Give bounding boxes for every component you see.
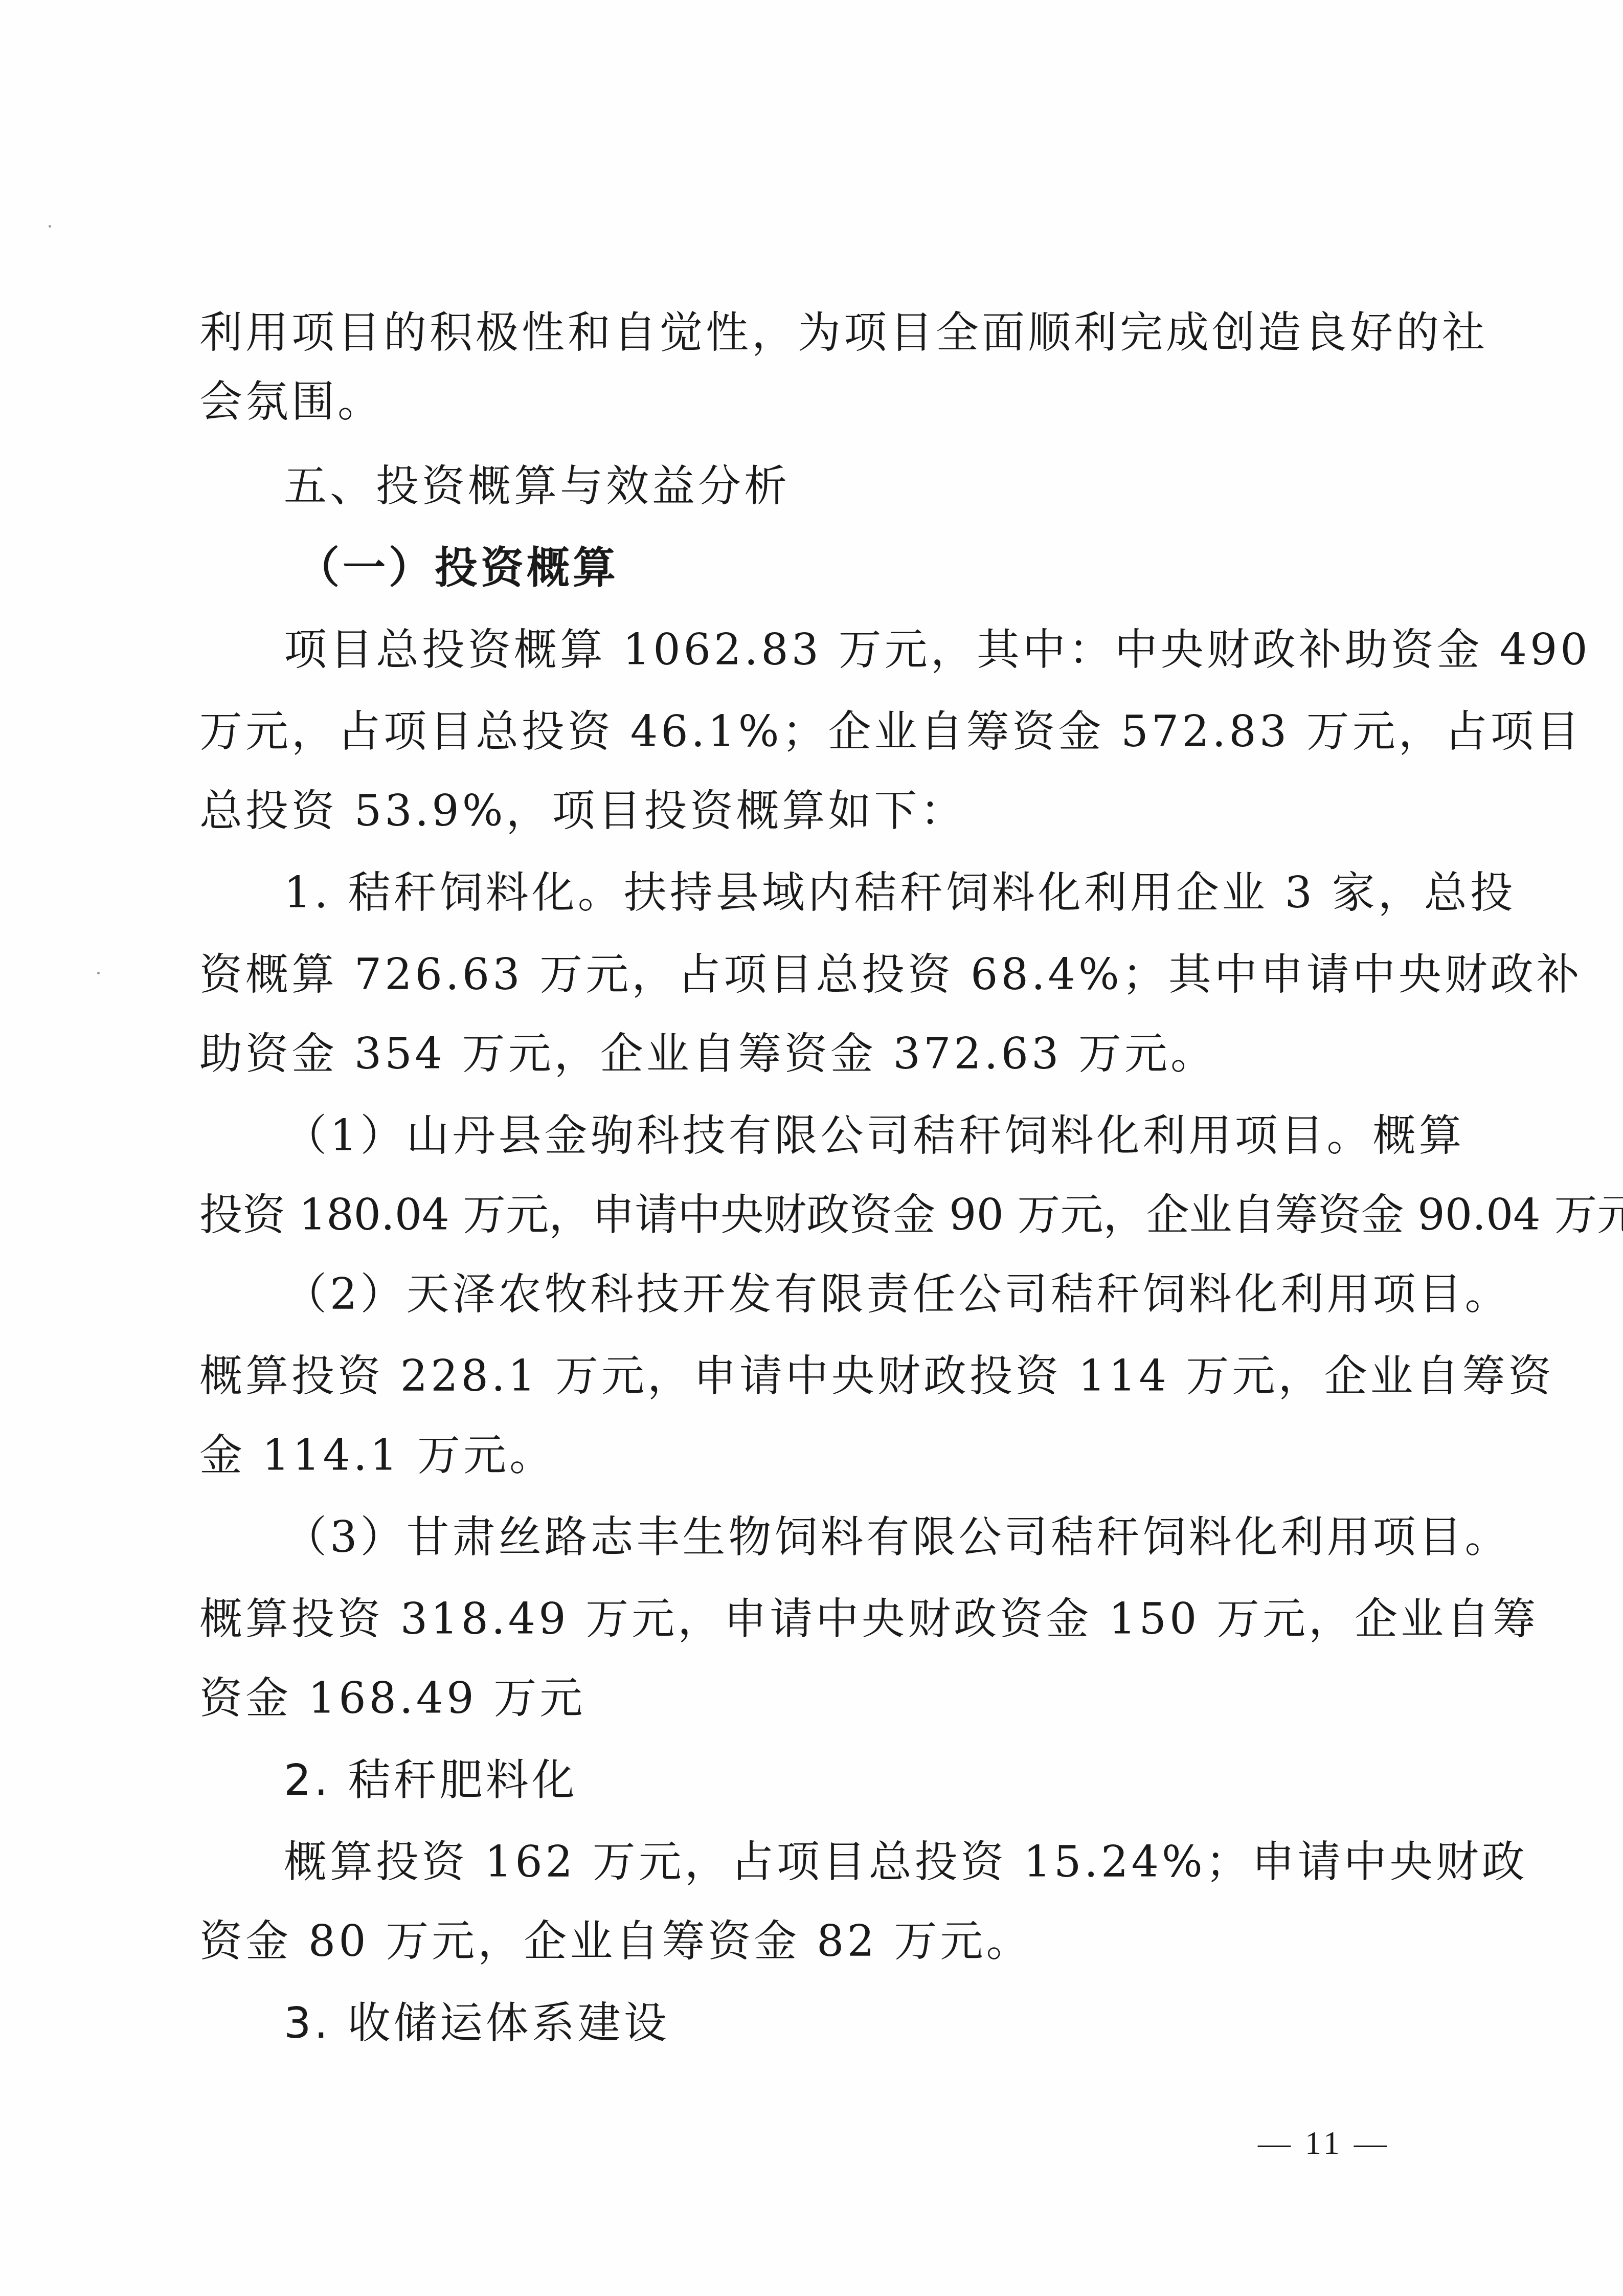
section-heading-investment-benefit: 五、投资概算与效益分析	[284, 460, 790, 511]
item-2-fertilizer-line-2: 资金 80 万元，企业自筹资金 82 万元。	[199, 1915, 1032, 1967]
scan-artifact-dot	[49, 225, 51, 228]
sub-item-3-silu-line-1: （3）甘肃丝路志丰生物饲料有限公司秸秆饲料化利用项目。	[284, 1511, 1511, 1563]
sub-item-2-tianze-line-1: （2）天泽农牧科技开发有限责任公司秸秆饲料化利用项目。	[284, 1268, 1511, 1320]
item-1-feed-line-2: 资概算 726.63 万元，占项目总投资 68.4%；其中申请中央财政补	[199, 949, 1583, 1000]
total-investment-line-1: 项目总投资概算 1062.83 万元，其中：中央财政补助资金 490	[284, 624, 1591, 675]
page-number: — 11 —	[1258, 2125, 1390, 2161]
total-investment-line-2: 万元，占项目总投资 46.1%；企业自筹资金 572.83 万元，占项目	[199, 706, 1583, 757]
sub-item-1-jinju-line-2: 投资 180.04 万元，申请中央财政资金 90 万元，企业自筹资金 90.04…	[199, 1189, 1623, 1240]
sub-item-3-silu-line-2: 概算投资 318.49 万元，申请中央财政资金 150 万元，企业自筹	[199, 1593, 1539, 1644]
sub-item-2-tianze-line-3: 金 114.1 万元。	[199, 1430, 555, 1481]
subsection-heading-investment-estimate: （一）投资概算	[297, 542, 619, 593]
item-1-feed-line-1: 1. 秸秆饲料化。扶持县域内秸秆饲料化利用企业 3 家，总投	[284, 867, 1516, 918]
sub-item-1-jinju-line-1: （1）山丹县金驹科技有限公司秸秆饲料化利用项目。概算	[284, 1110, 1464, 1161]
scan-artifact-dot	[97, 972, 100, 974]
document-page: 利用项目的积极性和自觉性，为项目全面顺利完成创造良好的社 会氛围。 五、投资概算…	[0, 0, 1623, 2296]
paragraph-continuation-line-2: 会氛围。	[199, 376, 384, 427]
paragraph-continuation-line-1: 利用项目的积极性和自觉性，为项目全面顺利完成创造良好的社	[199, 307, 1488, 358]
sub-item-3-silu-line-3: 资金 168.49 万元	[199, 1673, 585, 1724]
total-investment-line-3: 总投资 53.9%，项目投资概算如下：	[199, 785, 966, 836]
item-3-collection-storage-heading: 3. 收储运体系建设	[284, 1997, 670, 2048]
item-2-fertilizer-heading: 2. 秸秆肥料化	[284, 1754, 578, 1805]
item-2-fertilizer-line-1: 概算投资 162 万元，占项目总投资 15.24%；申请中央财政	[284, 1836, 1528, 1887]
item-1-feed-line-3: 助资金 354 万元，企业自筹资金 372.63 万元。	[199, 1028, 1216, 1079]
sub-item-2-tianze-line-2: 概算投资 228.1 万元，申请中央财政投资 114 万元，企业自筹资	[199, 1350, 1554, 1401]
